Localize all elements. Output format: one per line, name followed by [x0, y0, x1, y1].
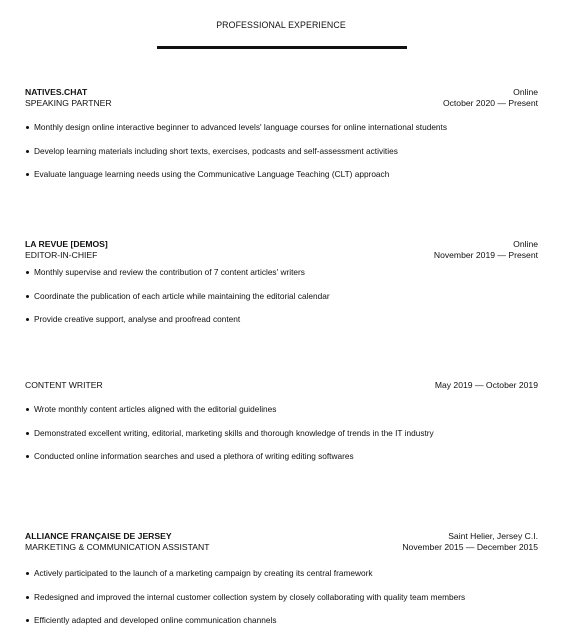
bullet-item: Demonstrated excellent writing, editoria… — [25, 428, 538, 452]
bullet-item: Provide creative support, analyse and pr… — [25, 314, 538, 338]
job-entry-natives-chat: NATIVES.CHAT SPEAKING PARTNER Online Oct… — [25, 87, 538, 193]
bullet-item: Evaluate language learning needs using t… — [25, 169, 538, 193]
job-header: CONTENT WRITER May 2019 — October 2019 — [25, 380, 538, 392]
job-role: EDITOR-IN-CHIEF — [25, 250, 97, 260]
job-organization: NATIVES.CHAT — [25, 87, 87, 97]
job-organization: LA REVUE [DEMOS] — [25, 239, 108, 249]
bullet-item: Efficiently adapted and developed online… — [25, 615, 538, 637]
job-header: NATIVES.CHAT SPEAKING PARTNER Online Oct… — [25, 87, 538, 111]
job-dates: November 2019 — Present — [434, 250, 538, 260]
job-bullets: Monthly supervise and review the contrib… — [25, 267, 538, 338]
job-entry-alliance-francaise: ALLIANCE FRANÇAISE DE JERSEY MARKETING &… — [25, 531, 538, 637]
job-role: CONTENT WRITER — [25, 380, 103, 390]
title-divider — [157, 46, 407, 49]
bullet-item: Conducted online information searches an… — [25, 451, 538, 475]
job-bullets: Actively participated to the launch of a… — [25, 568, 538, 637]
job-location: Saint Helier, Jersey C.I. — [448, 531, 538, 541]
job-bullets: Monthly design online interactive beginn… — [25, 122, 538, 193]
job-role: MARKETING & COMMUNICATION ASSISTANT — [25, 542, 209, 552]
job-entry-content-writer: CONTENT WRITER May 2019 — October 2019 W… — [25, 380, 538, 475]
bullet-item: Actively participated to the launch of a… — [25, 568, 538, 592]
job-location: Online — [513, 87, 538, 97]
bullet-item: Develop learning materials including sho… — [25, 146, 538, 170]
job-header: ALLIANCE FRANÇAISE DE JERSEY MARKETING &… — [25, 531, 538, 555]
job-header: LA REVUE [DEMOS] EDITOR-IN-CHIEF Online … — [25, 239, 538, 263]
bullet-item: Monthly design online interactive beginn… — [25, 122, 538, 146]
bullet-item: Redesigned and improved the internal cus… — [25, 592, 538, 616]
section-title: PROFESSIONAL EXPERIENCE — [0, 20, 562, 30]
job-location: Online — [513, 239, 538, 249]
job-dates: November 2015 — December 2015 — [402, 542, 538, 552]
job-bullets: Wrote monthly content articles aligned w… — [25, 404, 538, 475]
bullet-item: Monthly supervise and review the contrib… — [25, 267, 538, 291]
job-role: SPEAKING PARTNER — [25, 98, 112, 108]
job-dates: May 2019 — October 2019 — [435, 380, 538, 390]
job-dates: October 2020 — Present — [443, 98, 538, 108]
bullet-item: Wrote monthly content articles aligned w… — [25, 404, 538, 428]
job-organization: ALLIANCE FRANÇAISE DE JERSEY — [25, 531, 172, 541]
bullet-item: Coordinate the publication of each artic… — [25, 291, 538, 315]
job-entry-la-revue: LA REVUE [DEMOS] EDITOR-IN-CHIEF Online … — [25, 239, 538, 338]
